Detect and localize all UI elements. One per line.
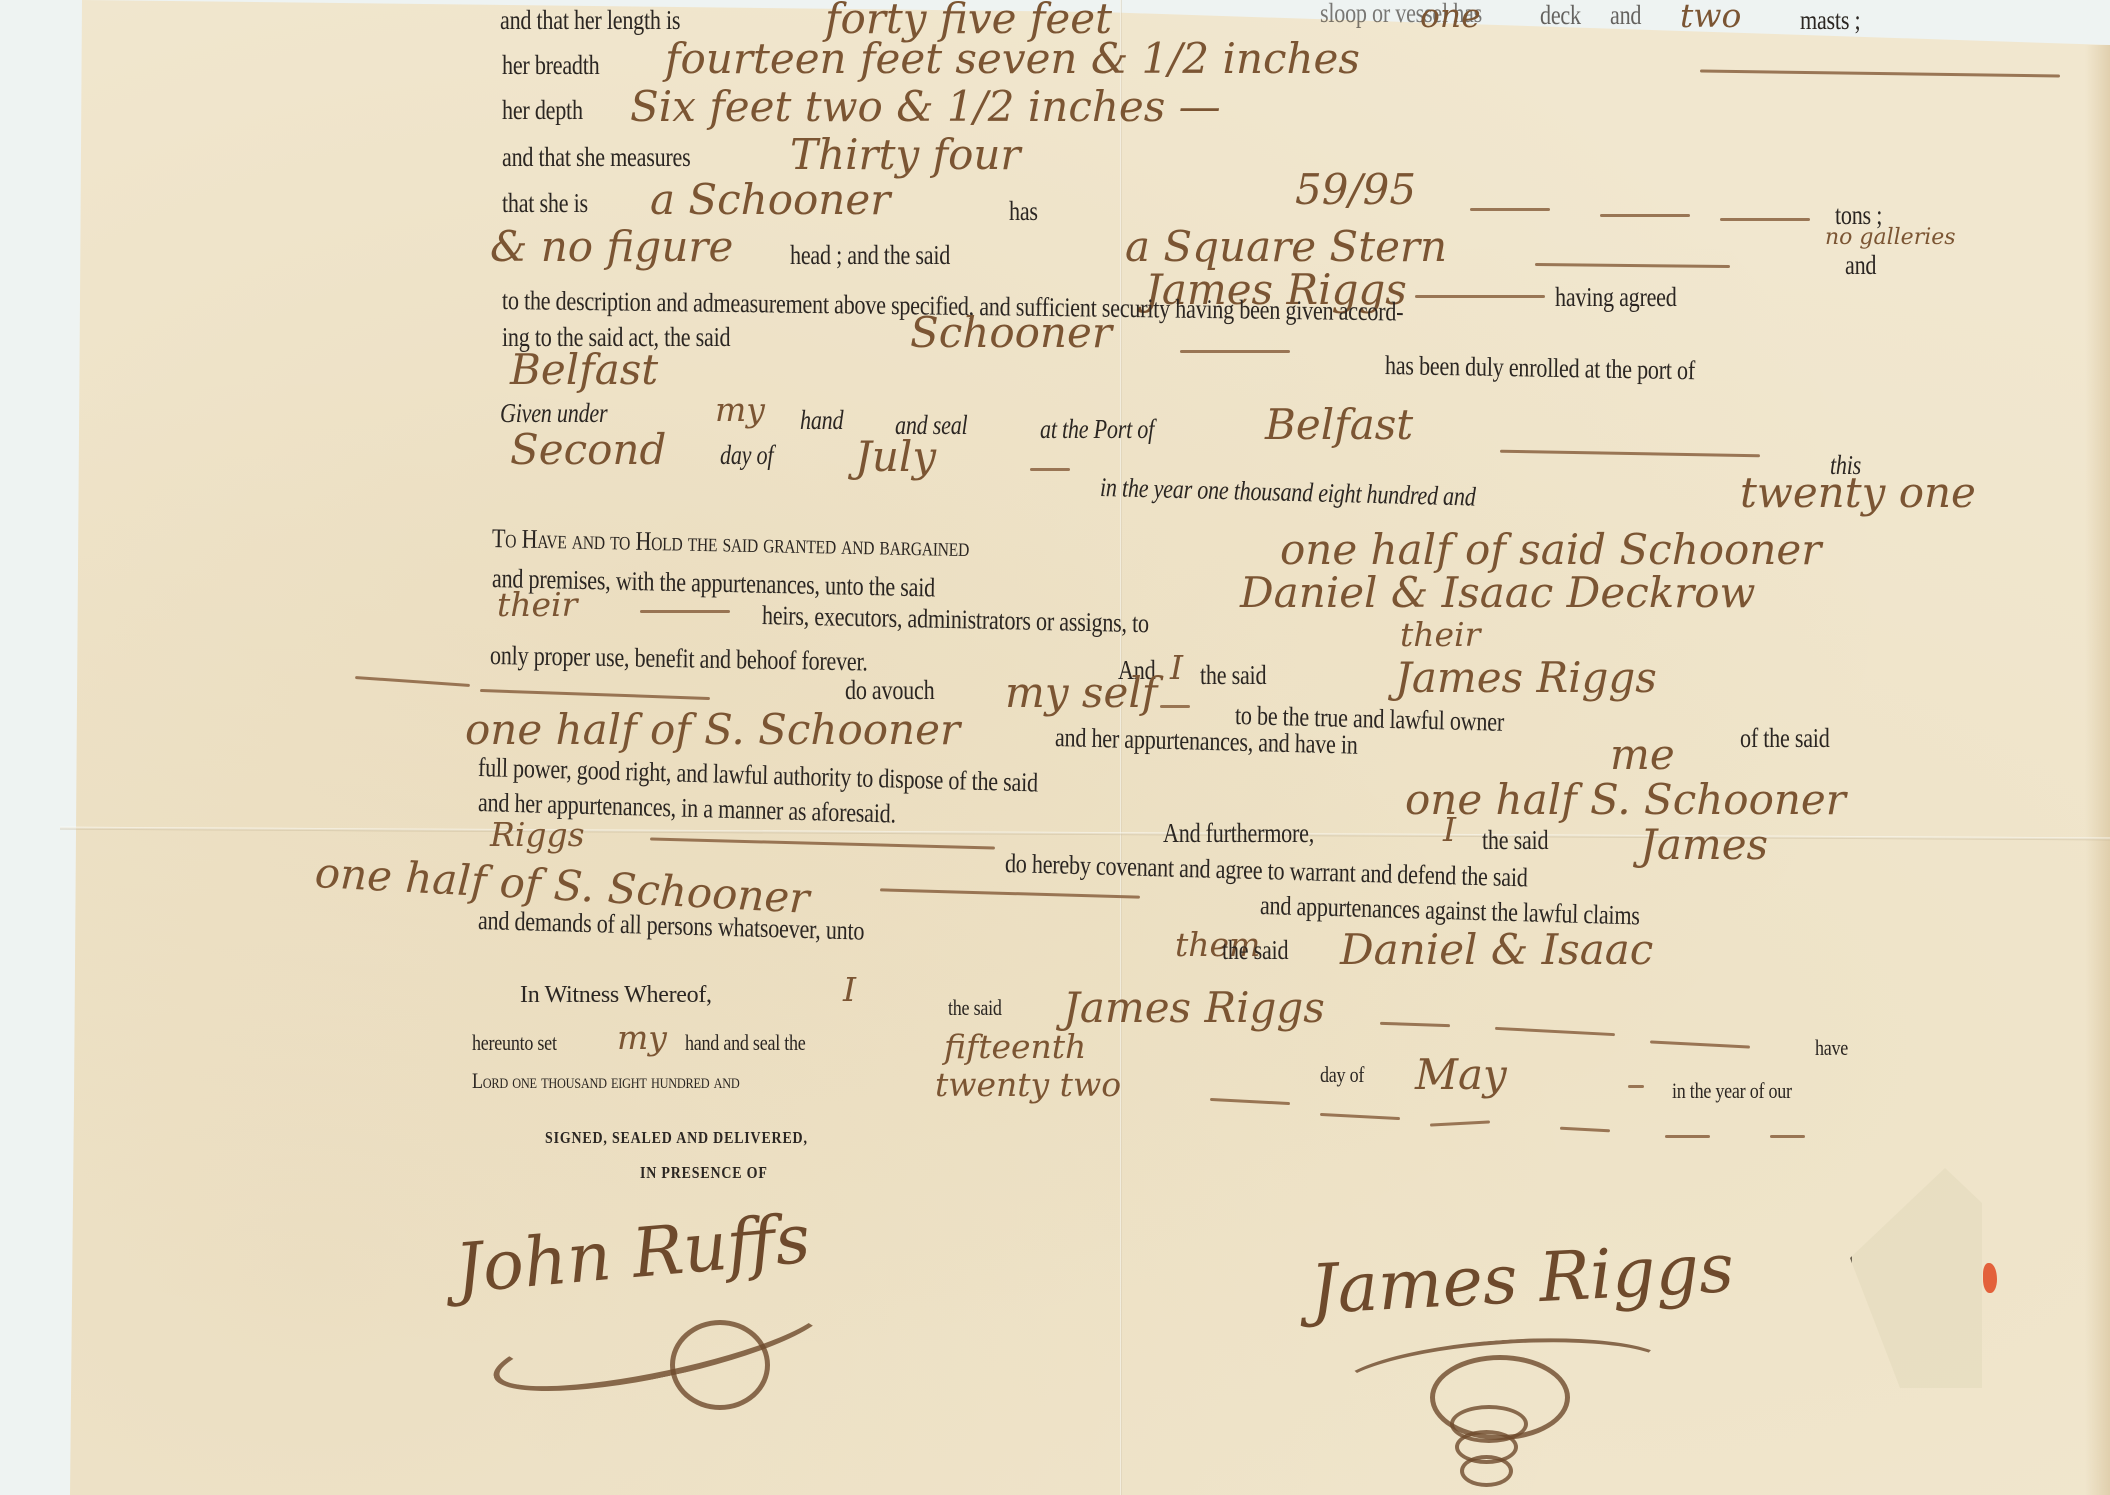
handwritten-breadth: fourteen feet seven & 1/2 inches xyxy=(665,34,1360,83)
printed-do-avouch: do avouch xyxy=(845,675,934,706)
fill-line xyxy=(1180,350,1290,353)
handwritten-vessel-type: a Schooner xyxy=(650,175,890,224)
handwritten-witness-day: fifteenth xyxy=(944,1027,1086,1066)
printed-in-presence-of: IN PRESENCE OF xyxy=(640,1163,768,1183)
handwritten-given-under: my xyxy=(715,390,765,429)
handwritten-given-year: twenty one xyxy=(1740,468,1976,517)
fill-line xyxy=(640,610,730,613)
printed-hereunto-set: hereunto set xyxy=(472,1030,557,1056)
fill-line xyxy=(1665,1135,1710,1138)
printed-day-of-2: day of xyxy=(1320,1062,1364,1088)
printed-she-is-label: that she is xyxy=(502,188,588,219)
handwritten-witness-month: May xyxy=(1415,1050,1507,1099)
printed-the-said-3: the said xyxy=(1222,935,1288,966)
handwritten-measures: Thirty four xyxy=(790,130,1021,179)
printed-lord-one-thousand: Lord one thousand eight hundred and xyxy=(472,1068,740,1094)
handwritten-enrolled-port: Belfast xyxy=(510,345,658,394)
printed-has: has xyxy=(1009,196,1038,227)
signature-flourish-loop xyxy=(670,1320,770,1410)
handwritten-furthermore-said: James xyxy=(1640,820,1768,869)
printed-head-label: head ; and the said xyxy=(790,240,950,271)
handwritten-i-2: I xyxy=(1443,810,1456,849)
handwritten-depth: Six feet two & 1/2 inches — xyxy=(630,82,1221,131)
handwritten-seller: James Riggs xyxy=(1395,653,1657,702)
signature-flourish-loop xyxy=(1460,1455,1513,1487)
handwritten-witness-i: I xyxy=(843,970,856,1009)
handwritten-owner-of: one half of S. Schooner xyxy=(465,705,960,754)
handwritten-masts: two xyxy=(1680,0,1741,35)
handwritten-have-in: me xyxy=(1610,730,1675,779)
printed-measures-label: and that she measures xyxy=(502,142,690,173)
handwritten-given-month: July xyxy=(855,432,936,481)
printed-having-agreed: having agreed xyxy=(1555,282,1677,313)
printed-behoof: only proper use, benefit and behoof fore… xyxy=(490,640,868,677)
paper-edge-shadow xyxy=(2085,45,2110,1495)
handwritten-given-port: Belfast xyxy=(1265,400,1413,449)
handwritten-dispose-of: one half S. Schooner xyxy=(1405,775,1846,824)
handwritten-given-day: Second xyxy=(510,425,666,474)
printed-enrolled: has been duly enrolled at the port of xyxy=(1385,350,1695,386)
handwritten-granted: one half of said Schooner xyxy=(1280,525,1821,574)
handwritten-tonnage-fraction: 59/95 xyxy=(1295,165,1416,214)
handwritten-avouch: my self xyxy=(1005,668,1157,717)
handwritten-their-2: their xyxy=(1400,615,1480,654)
handwritten-i-1: I xyxy=(1170,648,1183,687)
handwritten-head: & no figure xyxy=(490,222,733,271)
printed-and-2: and xyxy=(1845,250,1876,281)
printed-masts: masts ; xyxy=(1800,5,1860,36)
printed-the-said-4: the said xyxy=(948,995,1002,1021)
printed-have: have xyxy=(1815,1035,1848,1061)
fill-line xyxy=(1628,1085,1644,1088)
printed-furthermore: And furthermore, xyxy=(1163,818,1314,849)
handwritten-decks: one xyxy=(1420,0,1481,35)
printed-of-the-said: of the said xyxy=(1740,723,1830,754)
printed-depth-label: her depth xyxy=(502,95,583,126)
fill-line xyxy=(1470,208,1550,211)
printed-breadth-label: her breadth xyxy=(502,50,599,81)
fill-line xyxy=(1030,468,1070,471)
handwritten-vessel-type-2: Schooner xyxy=(910,308,1112,357)
red-wax-fragment xyxy=(1983,1263,1997,1293)
handwritten-grantees: Daniel & Isaac Deckrow xyxy=(1240,568,1755,617)
printed-port-of: at the Port of xyxy=(1040,414,1154,445)
handwritten-furthermore-said-2: Riggs xyxy=(490,815,585,854)
handwritten-stern: a Square Stern xyxy=(1125,222,1447,271)
printed-and: and xyxy=(1610,0,1641,31)
handwritten-unto-said: Daniel & Isaac xyxy=(1340,925,1653,974)
fill-line xyxy=(1415,295,1545,298)
printed-length-label: and that her length is xyxy=(500,5,680,36)
handwritten-witness-said: James Riggs xyxy=(1063,983,1325,1032)
printed-signed-sealed-delivered: SIGNED, SEALED AND DELIVERED, xyxy=(545,1128,808,1148)
handwritten-galleries-note: no galleries xyxy=(1825,225,1956,250)
printed-hand: hand xyxy=(800,405,843,436)
printed-the-said: the said xyxy=(1200,660,1266,691)
fill-line xyxy=(1770,1135,1805,1138)
printed-day-of: day of xyxy=(720,440,773,471)
fill-line xyxy=(1600,214,1690,217)
fill-line xyxy=(1720,218,1810,221)
printed-year-of-our: in the year of our xyxy=(1672,1078,1792,1104)
handwritten-witness-my: my xyxy=(617,1018,667,1057)
handwritten-their-1: their xyxy=(497,585,577,624)
printed-deck: deck xyxy=(1540,0,1581,31)
handwritten-witness-year: twenty two xyxy=(935,1065,1121,1104)
fill-line xyxy=(1160,705,1190,708)
printed-in-witness-whereof: In Witness Whereof, xyxy=(520,982,712,1009)
printed-hand-and-seal: hand and seal the xyxy=(685,1030,806,1056)
printed-the-said-2: the said xyxy=(1482,825,1548,856)
